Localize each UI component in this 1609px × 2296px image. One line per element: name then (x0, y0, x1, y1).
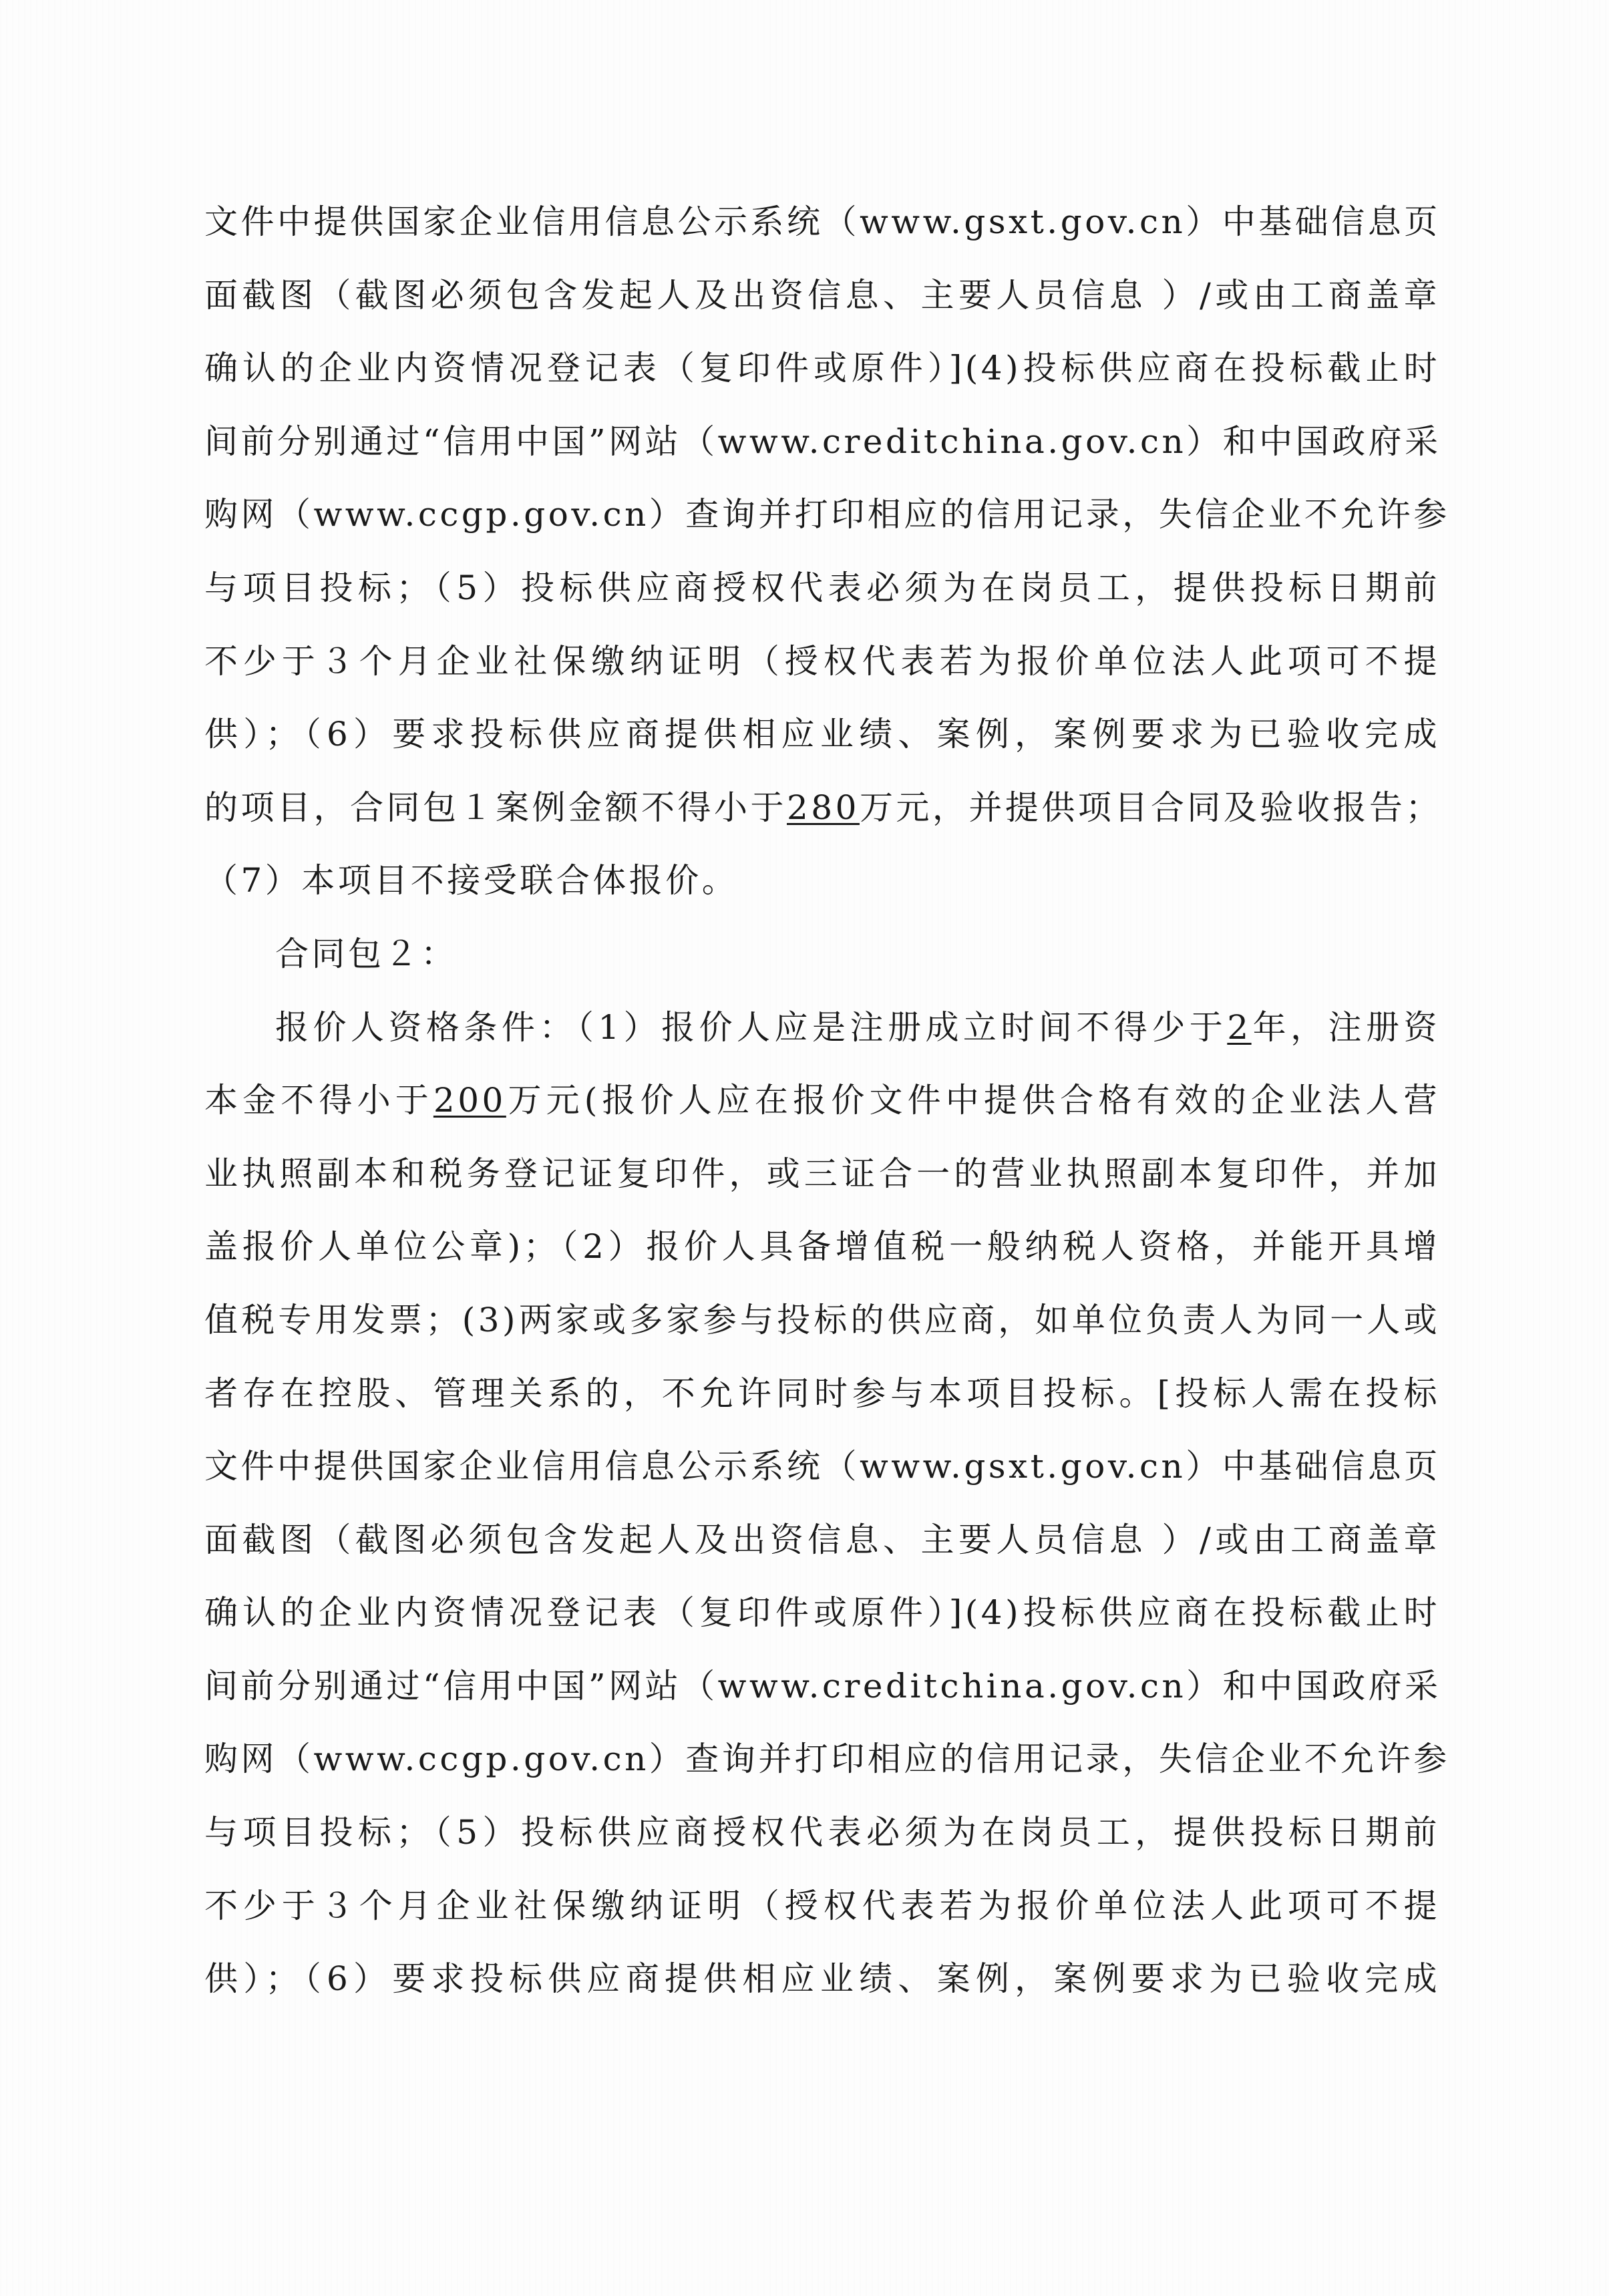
text-line: 盖报价人单位公章)；（2）报价人具备增值税一般纳税人资格，并能开具增 (204, 1226, 1440, 1300)
text-segment: 万元(报价人应在报价文件中提供合格有效的企业法人营 (506, 1081, 1440, 1120)
text-line: 购网（www.ccgp.gov.cn）查询并打印相应的信用记录，失信企业不允许参 (204, 1739, 1440, 1812)
document-page: 文件中提供国家企业信用信息公示系统（www.gsxt.gov.cn）中基础信息页… (0, 0, 1609, 2296)
text-line: 确认的企业内资情况登记表（复印件或原件）](4)投标供应商在投标截止时 (204, 348, 1440, 422)
text-line: 与项目投标；（5）投标供应商授权代表必须为在岗员工，提供投标日期前 (204, 568, 1440, 641)
text-line: 不少于３个月企业社保缴纳证明（授权代表若为报价单位法人此项可不提 (204, 641, 1440, 715)
document-body: 文件中提供国家企业信用信息公示系统（www.gsxt.gov.cn）中基础信息页… (204, 202, 1440, 2032)
text-segment: 报价人资格条件：（1）报价人应是注册成立时间不得少于 (275, 1008, 1227, 1047)
text-segment: 年，注册资 (1252, 1008, 1440, 1047)
text-line: 文件中提供国家企业信用信息公示系统（www.gsxt.gov.cn）中基础信息页 (204, 1446, 1440, 1520)
underlined-years-2: 2 (1227, 1008, 1251, 1047)
text-line: （7）本项目不接受联合体报价。 (204, 860, 1440, 934)
text-line: 与项目投标；（5）投标供应商授权代表必须为在岗员工，提供投标日期前 (204, 1812, 1440, 1886)
text-segment: 本金不得小于 (204, 1081, 433, 1120)
text-line: 面截图（截图必须包含发起人及出资信息、主要人员信息 ）/或由工商盖章 (204, 1520, 1440, 1593)
text-line: 供）；（6）要求投标供应商提供相应业绩、案例，案例要求为已验收完成 (204, 714, 1440, 788)
section-heading-contract-package-2: 合同包２： (204, 934, 1440, 1007)
text-line: 确认的企业内资情况登记表（复印件或原件）](4)投标供应商在投标截止时 (204, 1593, 1440, 1666)
text-line: 值税专用发票；(3)两家或多家参与投标的供应商，如单位负责人为同一人或 (204, 1300, 1440, 1373)
text-line: 不少于３个月企业社保缴纳证明（授权代表若为报价单位法人此项可不提 (204, 1886, 1440, 1959)
text-line: 间前分别通过“信用中国”网站（www.creditchina.gov.cn）和中… (204, 422, 1440, 495)
text-line: 购网（www.ccgp.gov.cn）查询并打印相应的信用记录，失信企业不允许参 (204, 494, 1440, 568)
text-segment: 的项目，合同包１案例金额不得小于 (204, 788, 787, 827)
underlined-amount-280: 280 (787, 788, 860, 827)
text-line-qualification: 报价人资格条件：（1）报价人应是注册成立时间不得少于2年，注册资 (204, 1007, 1440, 1081)
text-line: 业执照副本和税务登记证复印件，或三证合一的营业执照副本复印件，并加 (204, 1154, 1440, 1227)
text-line: 间前分别通过“信用中国”网站（www.creditchina.gov.cn）和中… (204, 1666, 1440, 1740)
text-line-case-amount: 的项目，合同包１案例金额不得小于280万元，并提供项目合同及验收报告； (204, 788, 1440, 861)
text-line: 面截图（截图必须包含发起人及出资信息、主要人员信息 ）/或由工商盖章 (204, 275, 1440, 349)
underlined-capital-200: 200 (433, 1081, 506, 1120)
text-line: 者存在控股、管理关系的，不允许同时参与本项目投标。[投标人需在投标 (204, 1373, 1440, 1447)
text-segment: 万元，并提供项目合同及验收报告； (860, 788, 1442, 827)
text-line: 文件中提供国家企业信用信息公示系统（www.gsxt.gov.cn）中基础信息页 (204, 202, 1440, 275)
text-line: 供）；（6）要求投标供应商提供相应业绩、案例，案例要求为已验收完成 (204, 1959, 1440, 2032)
text-line-capital: 本金不得小于200万元(报价人应在报价文件中提供合格有效的企业法人营 (204, 1080, 1440, 1154)
